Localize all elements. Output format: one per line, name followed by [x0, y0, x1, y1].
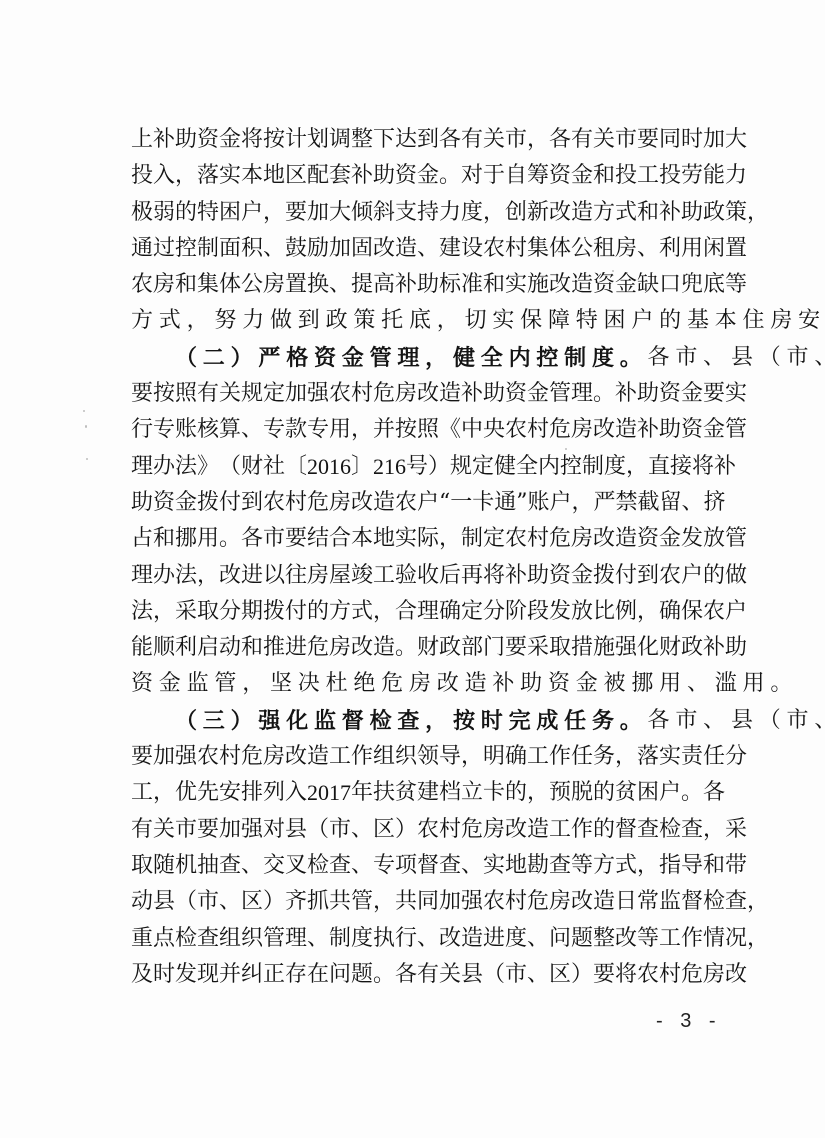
- section-heading-line: （三）强化监督检查，按时完成任务。各市、县（市、区）: [131, 703, 715, 739]
- text-line: 行专账核算、专款专用，并按照《中央农村危房改造补助资金管: [131, 412, 715, 448]
- text-line: 能顺利启动和推进危房改造。财政部门要采取措施强化财政补助: [131, 630, 715, 666]
- heading-trailing-text: 各市、县（市、区）: [648, 703, 825, 739]
- text-line: 要按照有关规定加强农村危房改造补助资金管理。补助资金要实: [131, 376, 715, 412]
- text-line: 投入，落实本地区配套补助资金。对于自筹资金和投工投劳能力: [131, 158, 715, 194]
- section-heading: （二）严格资金管理，健全内控制度。: [175, 340, 648, 376]
- text-line: 理办法，改进以往房屋竣工验收后再将补助资金拨付到农户的做: [131, 558, 715, 594]
- text-line: 助资金拨付到农村危房改造农户“一卡通”账户，严禁截留、挤: [131, 485, 715, 521]
- scan-speck: [83, 410, 85, 412]
- scan-speck: [86, 458, 88, 460]
- text-line: 动县（市、区）齐抓共管，共同加强农村危房改造日常监督检查，: [131, 884, 715, 920]
- document-body: 上补助资金将按计划调整下达到各有关市，各有关市要同时加大 投入，落实本地区配套补…: [131, 122, 715, 993]
- text-line: 上补助资金将按计划调整下达到各有关市，各有关市要同时加大: [131, 122, 715, 158]
- text-line: 取随机抽查、交叉检查、专项督查、实地勘查等方式，指导和带: [131, 848, 715, 884]
- text-line: 占和挪用。各市要结合本地实际，制定农村危房改造资金发放管: [131, 521, 715, 557]
- text-line: 方式，努力做到政策托底，切实保障特困户的基本住房安全。: [131, 303, 715, 339]
- scan-speck: [520, 395, 522, 397]
- scan-speck: [320, 277, 322, 279]
- document-page: 上补助资金将按计划调整下达到各有关市，各有关市要同时加大 投入，落实本地区配套补…: [0, 0, 825, 1138]
- text-line: 要加强农村危房改造工作组织领导，明确工作任务，落实责任分: [131, 739, 715, 775]
- page-number: - 3 -: [656, 1010, 722, 1033]
- text-line: 及时发现并纠正存在问题。各有关县（市、区）要将农村危房改: [131, 957, 715, 993]
- text-line: 重点检查组织管理、制度执行、改造进度、问题整改等工作情况，: [131, 921, 715, 957]
- text-line: 农房和集体公房置换、提高补助标准和实施改造资金缺口兜底等: [131, 267, 715, 303]
- scan-speck: [565, 448, 567, 450]
- scan-speck: [612, 270, 614, 272]
- section-heading: （三）强化监督检查，按时完成任务。: [175, 703, 648, 739]
- section-heading-line: （二）严格资金管理，健全内控制度。各市、县（市、区）: [131, 340, 715, 376]
- text-line: 资金监管，坚决杜绝危房改造补助资金被挪用、滥用。: [131, 666, 715, 702]
- text-line: 理办法》（财社〔2016〕216号）规定健全内控制度，直接将补: [131, 449, 715, 485]
- text-line: 法，采取分期拨付的方式，合理确定分阶段发放比例，确保农户: [131, 594, 715, 630]
- text-line: 通过控制面积、鼓励加固改造、建设农村集体公租房、利用闲置: [131, 231, 715, 267]
- text-line: 有关市要加强对县（市、区）农村危房改造工作的督查检查，采: [131, 812, 715, 848]
- scan-speck: [672, 495, 674, 497]
- text-line: 极弱的特困户，要加大倾斜支持力度，创新改造方式和补助政策，: [131, 195, 715, 231]
- text-line: 工，优先安排列入2017年扶贫建档立卡的，预脱的贫困户。各: [131, 775, 715, 811]
- heading-trailing-text: 各市、县（市、区）: [648, 340, 825, 376]
- scan-speck: [85, 425, 87, 428]
